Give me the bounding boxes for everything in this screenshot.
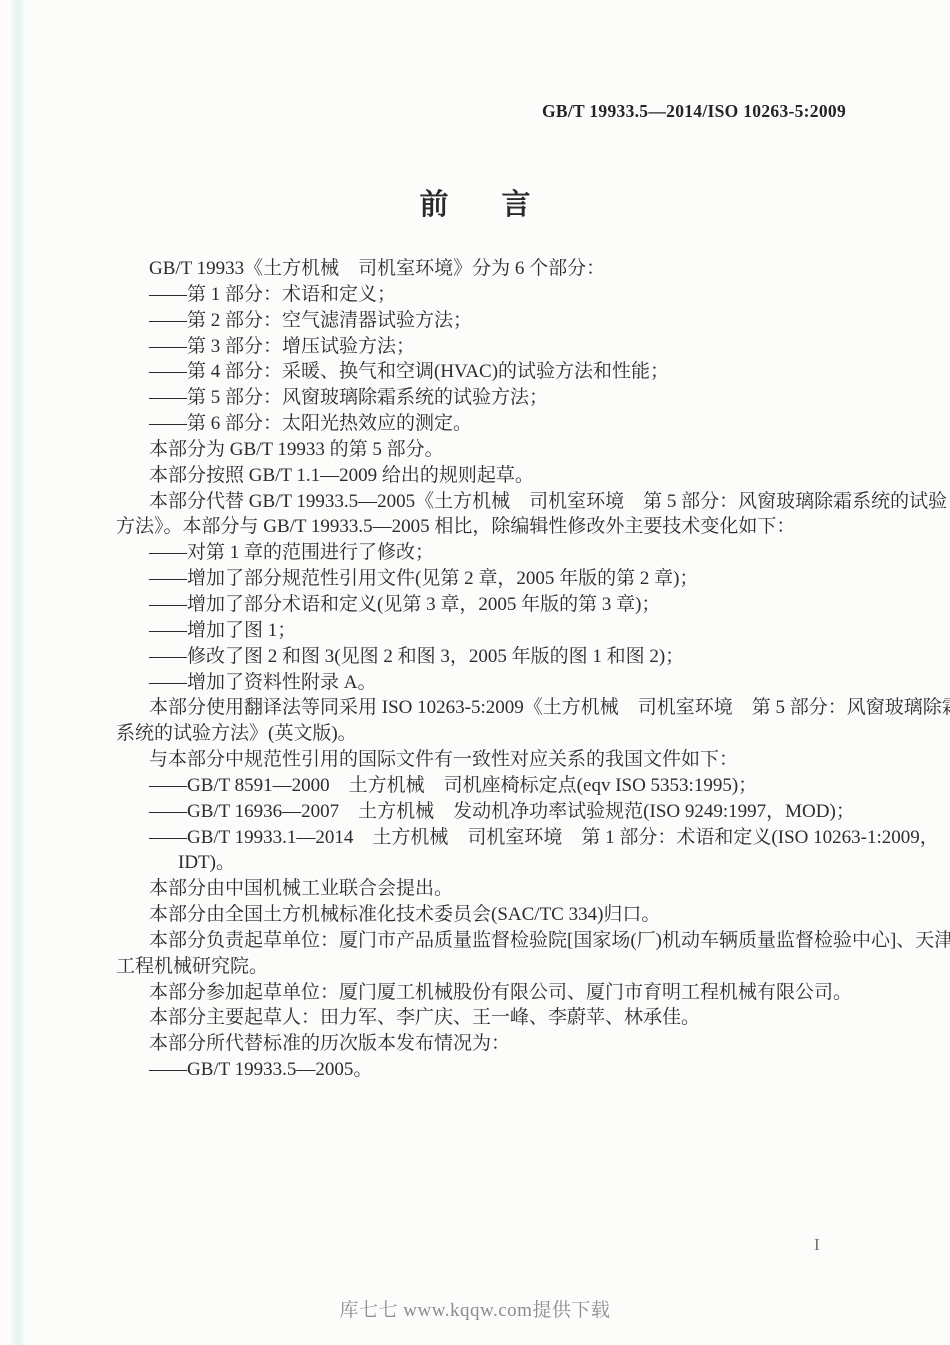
body-line: ——GB/T 16936—2007 土方机械 发动机净功率试验规范(ISO 92… — [116, 799, 846, 825]
page-title: 前言 — [0, 182, 950, 223]
body-line: ——GB/T 8591—2000 土方机械 司机座椅标定点(eqv ISO 53… — [116, 773, 846, 799]
body-line: ——第 5 部分：风窗玻璃除霜系统的试验方法； — [116, 385, 846, 411]
body-line: 本部分按照 GB/T 1.1—2009 给出的规则起草。 — [116, 463, 846, 489]
download-watermark: 库七七 www.kqqw.com提供下载 — [0, 1295, 950, 1322]
page-number: I — [814, 1235, 820, 1255]
body-line: ——第 2 部分：空气滤清器试验方法； — [116, 308, 846, 334]
document-page: GB/T 19933.5—2014/ISO 10263-5:2009 前言 GB… — [0, 0, 950, 1345]
body-line: 本部分由中国机械工业联合会提出。 — [116, 876, 846, 902]
body-line: ——GB/T 19933.5—2005。 — [116, 1057, 846, 1083]
standard-code-header: GB/T 19933.5—2014/ISO 10263-5:2009 — [542, 101, 846, 122]
body-line: ——第 6 部分：太阳光热效应的测定。 — [116, 411, 846, 437]
body-line: 系统的试验方法》(英文版)。 — [116, 721, 846, 747]
body-line: ——修改了图 2 和图 3(见图 2 和图 3，2005 年版的图 1 和图 2… — [116, 644, 846, 670]
body-line: 方法》。本部分与 GB/T 19933.5—2005 相比，除编辑性修改外主要技… — [116, 514, 846, 540]
body-line: ——第 3 部分：增压试验方法； — [116, 334, 846, 360]
body-line: ——对第 1 章的范围进行了修改； — [116, 540, 846, 566]
body-line: 工程机械研究院。 — [116, 954, 846, 980]
body-line: 本部分为 GB/T 19933 的第 5 部分。 — [116, 437, 846, 463]
body-line: 本部分参加起草单位：厦门厦工机械股份有限公司、厦门市育明工程机械有限公司。 — [116, 980, 846, 1006]
body-line: ——第 1 部分：术语和定义； — [116, 282, 846, 308]
body-line: ——增加了部分术语和定义(见第 3 章，2005 年版的第 3 章)； — [116, 592, 846, 618]
body-line: 本部分使用翻译法等同采用 ISO 10263-5:2009《土方机械 司机室环境… — [116, 695, 846, 721]
body-line: 与本部分中规范性引用的国际文件有一致性对应关系的我国文件如下： — [116, 747, 846, 773]
body-line: ——增加了图 1； — [116, 618, 846, 644]
body-line: 本部分所代替标准的历次版本发布情况为： — [116, 1031, 846, 1057]
body-line: ——增加了资料性附录 A。 — [116, 670, 846, 696]
body-line: 本部分代替 GB/T 19933.5—2005《土方机械 司机室环境 第 5 部… — [116, 489, 846, 515]
body-line: 本部分负责起草单位：厦门市产品质量监督检验院[国家场(厂)机动车辆质量监督检验中… — [116, 928, 846, 954]
body-line: 本部分由全国土方机械标准化技术委员会(SAC/TC 334)归口。 — [116, 902, 846, 928]
foreword-body: GB/T 19933《土方机械 司机室环境》分为 6 个部分：——第 1 部分：… — [116, 256, 846, 1083]
page-title-text: 前言 — [419, 189, 583, 221]
body-line: ——第 4 部分：采暖、换气和空调(HVAC)的试验方法和性能； — [116, 359, 846, 385]
body-line: ——增加了部分规范性引用文件(见第 2 章，2005 年版的第 2 章)； — [116, 566, 846, 592]
body-line: GB/T 19933《土方机械 司机室环境》分为 6 个部分： — [116, 256, 846, 282]
body-line: IDT)。 — [116, 850, 846, 876]
body-line: 本部分主要起草人：田力军、李广庆、王一峰、李蔚苹、林承佳。 — [116, 1005, 846, 1031]
body-line: ——GB/T 19933.1—2014 土方机械 司机室环境 第 1 部分：术语… — [116, 825, 846, 851]
